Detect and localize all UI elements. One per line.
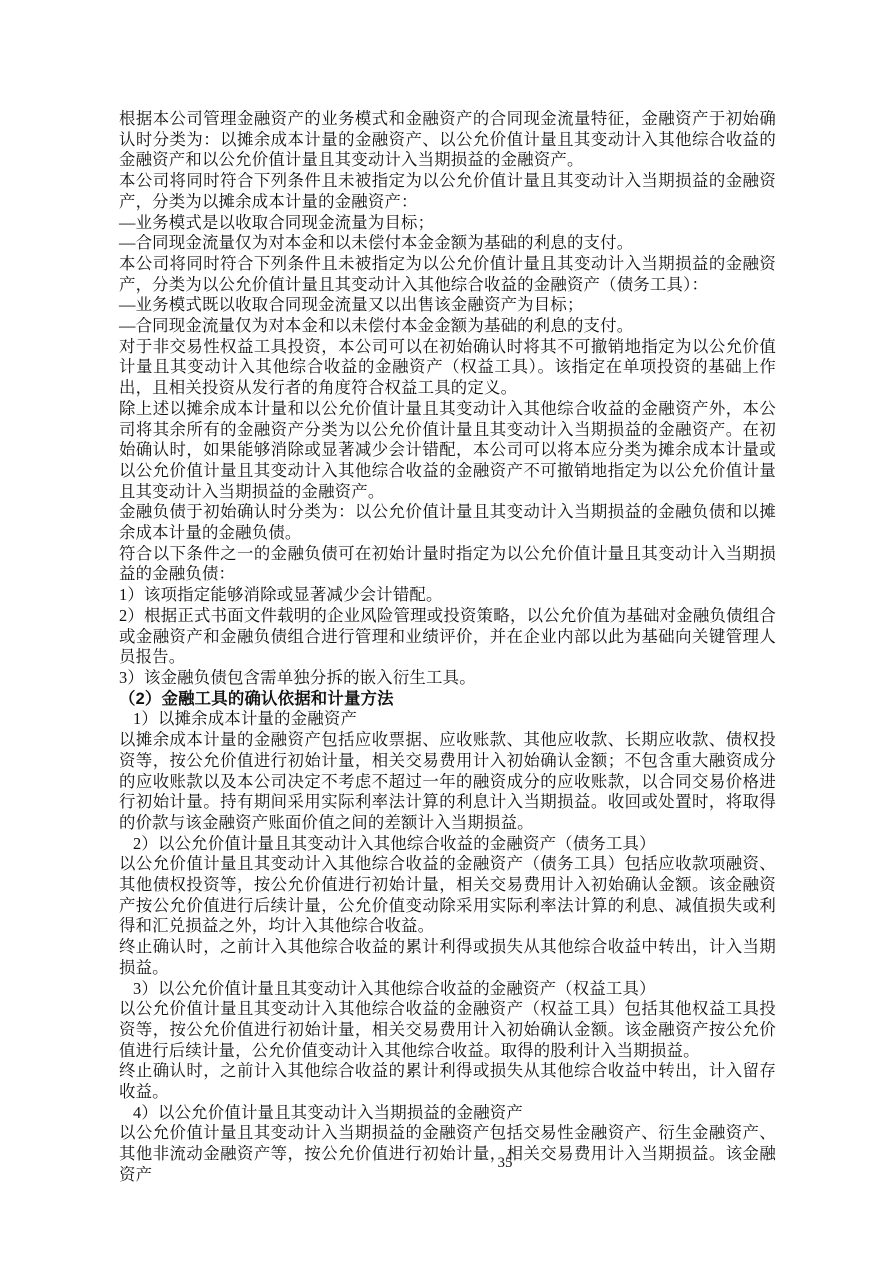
paragraph: 金融负债于初始确认时分类为：以公允价值计量且其变动计入当期损益的金融负债和以摊余… bbox=[119, 502, 776, 543]
subsection-title: 3）以公允价值计量且其变动计入其他综合收益的金融资产（权益工具） bbox=[119, 979, 776, 1000]
numbered-item: 3）该金融负债包含需单独分拆的嵌入衍生工具。 bbox=[119, 668, 776, 689]
subsection-title: 2）以公允价值计量且其变动计入其他综合收益的金融资产（债务工具） bbox=[119, 834, 776, 855]
numbered-item: 1）该项指定能够消除或显著减少会计错配。 bbox=[119, 585, 776, 606]
paragraph: 对于非交易性权益工具投资，本公司可以在初始确认时将其不可撤销地指定为以公允价值计… bbox=[119, 337, 776, 399]
paragraph: 除上述以摊余成本计量和以公允价值计量且其变动计入其他综合收益的金融资产外，本公司… bbox=[119, 399, 776, 503]
page-number: 35 bbox=[420, 1153, 590, 1173]
paragraph: 以公允价值计量且其变动计入其他综合收益的金融资产（债务工具）包括应收款项融资、其… bbox=[119, 854, 776, 937]
document-page: 根据本公司管理金融资产的业务模式和金融资产的合同现金流量特征，金融资产于初始确认… bbox=[0, 0, 893, 1262]
list-item-dash: —业务模式既以收取合同现金流量又以出售该金融资产为目标； bbox=[119, 295, 776, 316]
paragraph: 本公司将同时符合下列条件且未被指定为以公允价值计量且其变动计入当期损益的金融资产… bbox=[119, 171, 776, 212]
paragraph: 以摊余成本计量的金融资产包括应收票据、应收账款、其他应收款、长期应收款、债权投资… bbox=[119, 730, 776, 834]
paragraph: 终止确认时，之前计入其他综合收益的累计利得或损失从其他综合收益中转出，计入留存收… bbox=[119, 1061, 776, 1102]
list-item-dash: —业务模式是以收取合同现金流量为目标； bbox=[119, 213, 776, 234]
paragraph: 终止确认时，之前计入其他综合收益的累计利得或损失从其他综合收益中转出，计入当期损… bbox=[119, 937, 776, 978]
paragraph: 根据本公司管理金融资产的业务模式和金融资产的合同现金流量特征，金融资产于初始确认… bbox=[119, 109, 776, 171]
paragraph: 本公司将同时符合下列条件且未被指定为以公允价值计量且其变动计入当期损益的金融资产… bbox=[119, 254, 776, 295]
document-text-block: 根据本公司管理金融资产的业务模式和金融资产的合同现金流量特征，金融资产于初始确认… bbox=[119, 109, 776, 1186]
list-item-dash: —合同现金流量仅为对本金和以未偿付本金金额为基础的利息的支付。 bbox=[119, 233, 776, 254]
subsection-title: 4）以公允价值计量且其变动计入当期损益的金融资产 bbox=[119, 1103, 776, 1124]
subsection-title: 1）以摊余成本计量的金融资产 bbox=[119, 709, 776, 730]
section-heading: （2）金融工具的确认依据和计量方法 bbox=[119, 689, 776, 710]
list-item-dash: —合同现金流量仅为对本金和以未偿付本金金额为基础的利息的支付。 bbox=[119, 316, 776, 337]
paragraph: 符合以下条件之一的金融负债可在初始计量时指定为以公允价值计量且其变动计入当期损益… bbox=[119, 544, 776, 585]
paragraph: 以公允价值计量且其变动计入其他综合收益的金融资产（权益工具）包括其他权益工具投资… bbox=[119, 999, 776, 1061]
numbered-item: 2）根据正式书面文件载明的企业风险管理或投资策略，以公允价值为基础对金融负债组合… bbox=[119, 606, 776, 668]
